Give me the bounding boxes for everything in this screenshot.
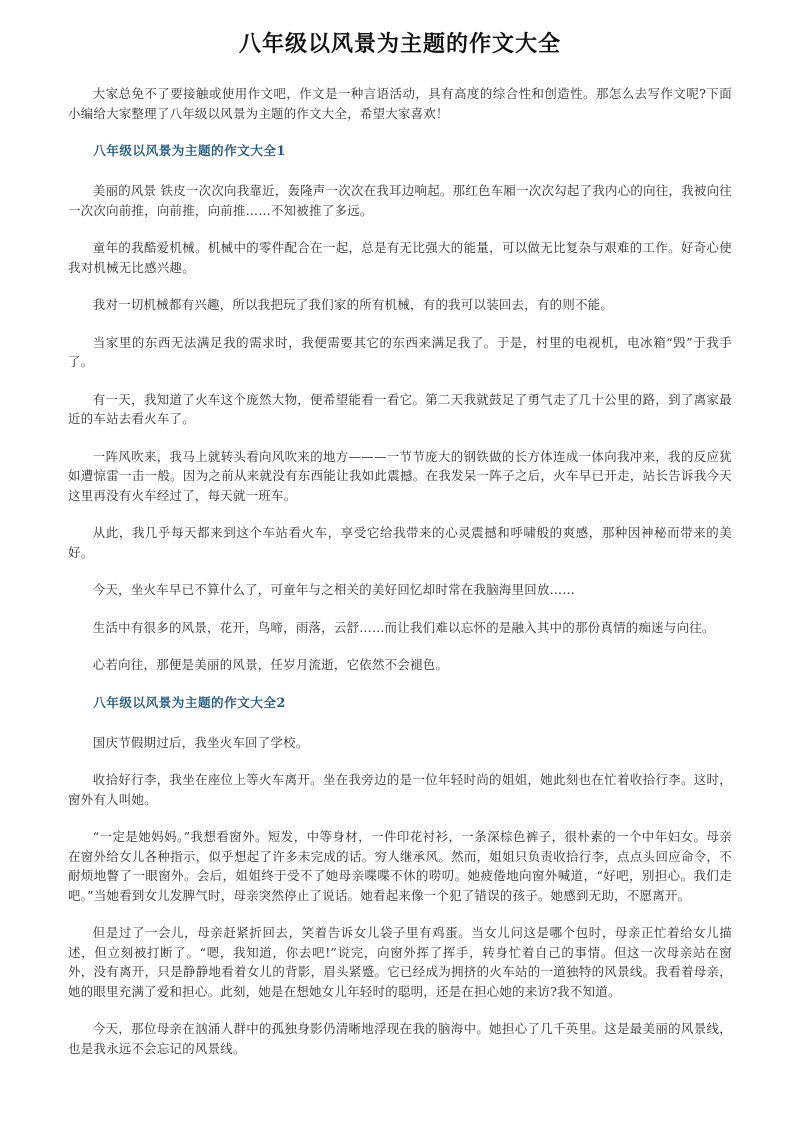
intro-paragraph: 大家总免不了要接触或使用作文吧，作文是一种言语活动，具有高度的综合性和创造性。那… [68,84,732,123]
paragraph: 生活中有很多的风景，花开，鸟啼，雨落，云舒……而让我们难以忘怀的是融入其中的那份… [68,618,732,638]
essay-section-1: 八年级以风景为主题的作文大全1 美丽的风景 铁皮一次次向我靠近，轰隆声一次次在我… [68,141,732,675]
paragraph: 但是过了一会儿，母亲赶紧折回去，笑着告诉女儿袋子里有鸡蛋。当女儿问这是哪个包时，… [68,923,732,1001]
paragraph: 当家里的东西无法满足我的需求时，我便需要其它的东西来满足我了。于是，村里的电视机… [68,333,732,372]
paragraph: 一阵风吹来，我马上就转头看向风吹来的地方———一节节庞大的钢铁做的长方体连成一体… [68,447,732,506]
paragraph: 童年的我酷爱机械。机械中的零件配合在一起，总是有无比强大的能量，可以做无比复杂与… [68,238,732,277]
section-heading: 八年级以风景为主题的作文大全1 [68,141,732,161]
section-heading: 八年级以风景为主题的作文大全2 [68,693,732,713]
paragraph: 收拾好行李，我坐在座位上等火车离开。坐在我旁边的是一位年轻时尚的姐姐，她此刻也在… [68,770,732,809]
document-page: 八年级以风景为主题的作文大全 大家总免不了要接触或使用作文吧，作文是一种言语活动… [68,28,732,1076]
paragraph: 我对一切机械都有兴趣，所以我把玩了我们家的所有机械，有的我可以装回去，有的则不能… [68,295,732,315]
paragraph: 今天，坐火车早已不算什么了，可童年与之相关的美好回忆却时常在我脑海里回放…… [68,580,732,600]
paragraph: 今天，那位母亲在汹涌人群中的孤独身影仍清晰地浮现在我的脑海中。她担心了几千英里。… [68,1019,732,1058]
document-title: 八年级以风景为主题的作文大全 [68,28,732,62]
paragraph: 从此，我几乎每天都来到这个车站看火车，享受它给我带来的心灵震撼和呼啸般的爽感，那… [68,523,732,562]
paragraph: 有一天，我知道了火车这个庞然大物，便希望能看一看它。第二天我就鼓足了勇气走了几十… [68,390,732,429]
paragraph: 心若向往，那便是美丽的风景，任岁月流逝，它依然不会褪色。 [68,655,732,675]
essay-section-2: 八年级以风景为主题的作文大全2 国庆节假期过后，我坐火车回了学校。 收拾好行李，… [68,693,732,1059]
paragraph: “一定是她妈妈。”我想看窗外。短发，中等身材，一件印花衬衫，一条深棕色裤子，很朴… [68,827,732,905]
paragraph: 美丽的风景 铁皮一次次向我靠近，轰隆声一次次在我耳边响起。那红色车厢一次次勾起了… [68,181,732,220]
paragraph: 国庆节假期过后，我坐火车回了学校。 [68,733,732,753]
